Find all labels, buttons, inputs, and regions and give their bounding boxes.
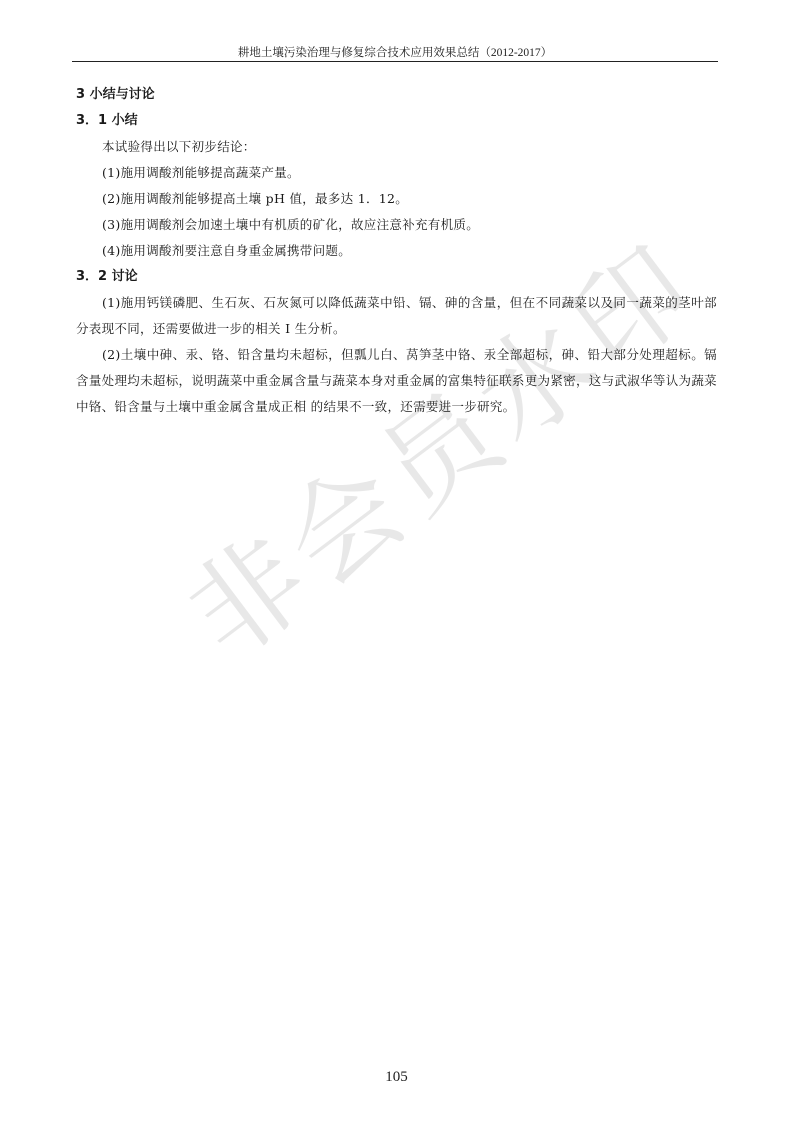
conclusion-item: (4)施用调酸剂要注意自身重金属携带问题。 xyxy=(76,238,717,264)
running-header-title: 耕地土壤污染治理与修复综合技术应用效果总结（2012-2017） xyxy=(72,46,718,60)
section-heading: 3 小结与讨论 xyxy=(76,82,717,108)
discussion-paragraph: (1)施用钙镁磷肥、生石灰、石灰氮可以降低蔬菜中铅、镉、砷的含量，但在不同蔬菜以… xyxy=(76,290,717,342)
conclusion-item: (1)施用调酸剂能够提高蔬菜产量。 xyxy=(76,160,717,186)
document-body: 3 小结与讨论 3．1 小结 本试验得出以下初步结论： (1)施用调酸剂能够提高… xyxy=(76,82,717,420)
header-rule xyxy=(72,61,718,62)
discussion-paragraph: (2)土壤中砷、汞、铬、铅含量均未超标，但瓢儿白、莴笋茎中铬、汞全部超标，砷、铅… xyxy=(76,342,717,420)
page-number: 105 xyxy=(0,1069,793,1086)
subsection-heading-discussion: 3．2 讨论 xyxy=(76,264,717,290)
subsection-heading-summary: 3．1 小结 xyxy=(76,108,717,134)
conclusion-item: (2)施用调酸剂能够提高土壤 pH 值，最多达 1．12。 xyxy=(76,186,717,212)
conclusion-item: (3)施用调酸剂会加速土壤中有机质的矿化，故应注意补充有机质。 xyxy=(76,212,717,238)
paragraph: 本试验得出以下初步结论： xyxy=(76,134,717,160)
